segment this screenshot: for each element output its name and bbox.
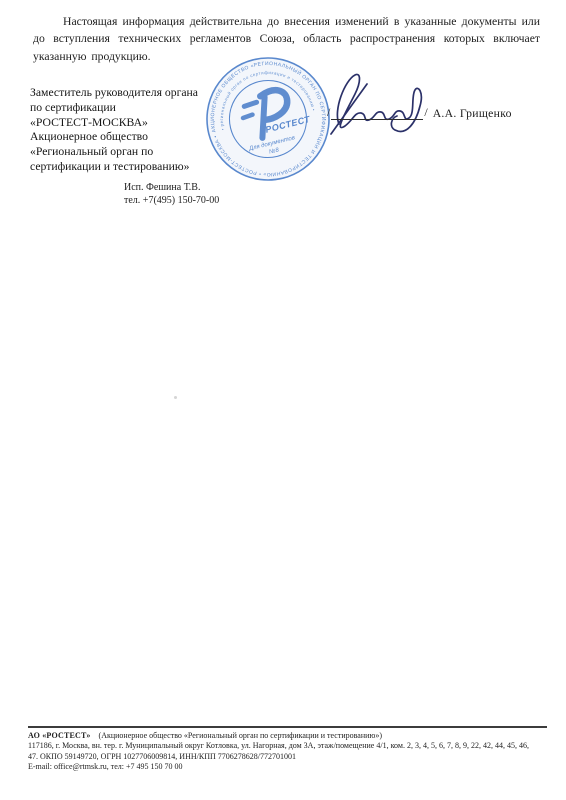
round-stamp: АКЦИОНЕРНОЕ ОБЩЕСТВО «РЕГИОНАЛЬНЫЙ ОРГАН… [203, 54, 333, 184]
footer-codes-line: 47. ОКПО 59149720, ОГРН 1027706009814, И… [28, 752, 547, 762]
footer-org-full: (Акционерное общество «Региональный орга… [99, 731, 383, 740]
signature-slash-left: / [327, 105, 330, 120]
footer-contact-line: E-mail: office@rtmsk.ru, тел: +7 495 150… [28, 762, 547, 772]
signatory-name: А.А. Грищенко [433, 107, 512, 120]
footer-block: АО «РОСТЕСТ» (Акционерное общество «Реги… [28, 726, 547, 773]
signature-underline [331, 106, 423, 120]
signatory-title-block: Заместитель руководителя органа по серти… [30, 86, 230, 175]
footer-org-short: АО «РОСТЕСТ» [28, 731, 91, 740]
signature-slash-right: / [424, 105, 427, 120]
executor-phone: тел. +7(495) 150-70-00 [124, 195, 219, 208]
stamp-seal-icon: АКЦИОНЕРНОЕ ОБЩЕСТВО «РЕГИОНАЛЬНЫЙ ОРГАН… [203, 54, 333, 184]
scan-artifact-dot [174, 396, 177, 399]
footer-address-line: 117186, г. Москва, вн. тер. г. Муниципал… [28, 741, 547, 751]
document-page: Настоящая информация действительна до вн… [0, 0, 566, 800]
executor-block: Исп. Фешина Т.В. тел. +7(495) 150-70-00 [124, 182, 219, 207]
handwritten-signature [323, 66, 441, 140]
signature-line-row: / / А.А. Грищенко [327, 105, 512, 120]
executor-name: Исп. Фешина Т.В. [124, 182, 219, 195]
footer-org-line: АО «РОСТЕСТ» (Акционерное общество «Реги… [28, 731, 547, 741]
